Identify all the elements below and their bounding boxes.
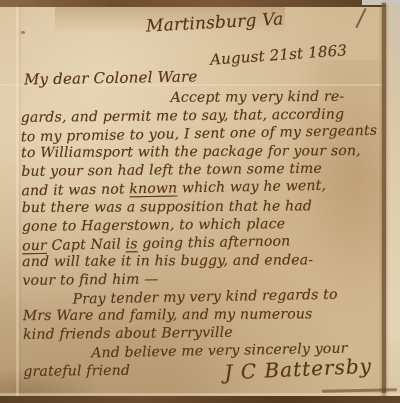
letter-line: Mrs Ware and family, and my numerous (23, 305, 385, 325)
closing-phrase: grateful friend (23, 362, 130, 381)
letter-body: Accept my very kind re-gards, and permit… (20, 87, 385, 381)
underlined-word: known (129, 181, 177, 198)
paper-crease-vertical (16, 0, 19, 403)
paper-edge-right (382, 3, 386, 403)
letter-line: and will take it in his buggy, and endea… (22, 251, 384, 271)
underlined-word: is (125, 236, 137, 252)
letter-line: but there was a supposition that he had (22, 196, 384, 216)
letter-lines: Accept my very kind re-gards, and permit… (20, 87, 385, 362)
salutation: My dear Colonel Ware (24, 67, 198, 88)
letter-line: Accept my very kind re- (171, 88, 383, 107)
ink-speck (21, 31, 25, 34)
closing-row: grateful friend J C Battersby (23, 360, 385, 382)
date-line: August 21st 1863 (210, 41, 348, 69)
letter-line: to Williamsport with the package for you… (21, 142, 383, 162)
scan-edge-right-outer (386, 5, 400, 403)
pen-slash-mark (355, 8, 366, 29)
scan-edge-top (0, 0, 400, 7)
scan-edge-bottom (0, 396, 400, 403)
place-line: Martinsburg Va (146, 9, 284, 36)
letter-scan: Martinsburg Va August 21st 1863 My dear … (0, 0, 400, 403)
signature: J C Battersby (224, 357, 372, 382)
underlined-word: our (22, 238, 47, 254)
